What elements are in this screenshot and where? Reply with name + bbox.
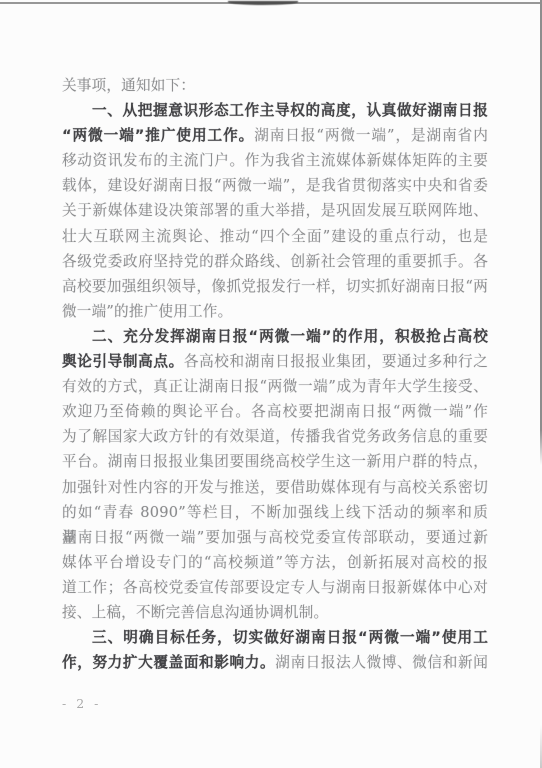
doc-line: 平台。湖南日报报业集团要围绕高校学生这一新用户群的特点，	[62, 449, 488, 474]
doc-line: 关于新媒体建设决策部署的重大举措，是巩固发展互联网阵地、	[62, 198, 488, 223]
doc-line: 作，努力扩大覆盖面和影响力。湖南日报法人微博、微信和新闻	[62, 650, 488, 675]
doc-line: 一、从把握意识形态工作主导权的高度，认真做好湖南日报	[62, 98, 488, 123]
doc-line: 关事项，通知如下：	[62, 73, 488, 98]
doc-line-bold-text: 三、明确目标任务，切实做好湖南日报“两微一端”使用工	[92, 629, 488, 646]
doc-line-bold-text: 作，努力扩大覆盖面和影响力。	[62, 654, 275, 671]
doc-line: 湖南日报“两微一端”要加强与高校党委宣传部联动，要通过新	[62, 525, 488, 550]
doc-line-text: 湖南日报“两微一端”，是湖南省内	[254, 127, 488, 144]
doc-line: 移动资讯发布的主流门户。作为我省主流媒体新媒体矩阵的主要	[62, 148, 488, 173]
doc-line-text: 壮大互联网主流舆论、推动“四个全面”建设的重点行动，也是	[62, 228, 488, 245]
doc-line: 道工作；各高校党委宣传部要设定专人与湖南日报新媒体中心对	[62, 575, 488, 600]
doc-line-text: 关事项，通知如下：	[62, 77, 195, 94]
doc-line: 媒体平台增设专门的“高校频道”等方法，创新拓展对高校的报	[62, 550, 488, 575]
doc-line: 二、充分发挥湖南日报“两微一端”的作用，积极抢占高校	[62, 324, 488, 349]
doc-line-text: 为了解国家大政方针的有效渠道，传播我省党务政务信息的重要	[62, 428, 488, 445]
doc-line: 的如“青春 8090”等栏目，不断加强线上线下活动的频率和质量；	[62, 500, 488, 525]
doc-line-text: 接、上稿，不断完善信息沟通协调机制。	[62, 604, 328, 621]
page-number: - 2 -	[62, 696, 101, 711]
doc-line: 各级党委政府坚持党的群众路线、创新社会管理的重要抓手。各	[62, 249, 488, 274]
doc-line-bold-text: 二、充分发挥湖南日报“两微一端”的作用，积极抢占高校	[92, 328, 488, 345]
doc-line-bold-text: 一、从把握意识形态工作主导权的高度，认真做好湖南日报	[92, 102, 488, 119]
doc-line: 微一端”的推广使用工作。	[62, 299, 488, 324]
doc-line-text: 高校要加强组织领导，像抓党报发行一样，切实抓好湖南日报“两	[62, 278, 488, 295]
doc-line-text: 各高校和湖南日报报业集团，要通过多种行之	[184, 353, 488, 370]
doc-line: 舆论引导制高点。各高校和湖南日报报业集团，要通过多种行之	[62, 349, 488, 374]
document-body: 关事项，通知如下： 一、从把握意识形态工作主导权的高度，认真做好湖南日报 “两微…	[62, 73, 488, 675]
doc-line: 接、上稿，不断完善信息沟通协调机制。	[62, 600, 488, 625]
doc-line-text: 媒体平台增设专门的“高校频道”等方法，创新拓展对高校的报	[62, 554, 488, 571]
doc-line-text: 平台。湖南日报报业集团要围绕高校学生这一新用户群的特点，	[62, 453, 488, 470]
doc-line-text: 湖南日报法人微博、微信和新闻	[275, 654, 488, 671]
doc-line: 有效的方式，真正让湖南日报“两微一端”成为青年大学生接受、	[62, 374, 488, 399]
doc-line-text: 载体，建设好湖南日报“两微一端”，是我省贯彻落实中央和省委	[62, 177, 488, 194]
doc-line: 载体，建设好湖南日报“两微一端”，是我省贯彻落实中央和省委	[62, 173, 488, 198]
doc-line-text: 移动资讯发布的主流门户。作为我省主流媒体新媒体矩阵的主要	[62, 152, 488, 169]
document-page: 关事项，通知如下： 一、从把握意识形态工作主导权的高度，认真做好湖南日报 “两微…	[0, 0, 542, 768]
doc-line-text: 微一端”的推广使用工作。	[62, 303, 232, 320]
doc-line: 高校要加强组织领导，像抓党报发行一样，切实抓好湖南日报“两	[62, 274, 488, 299]
doc-line: “两微一端”推广使用工作。湖南日报“两微一端”，是湖南省内	[62, 123, 488, 148]
doc-line: 加强针对性内容的开发与推送，要借助媒体现有与高校关系密切	[62, 475, 488, 500]
doc-line-text: 欢迎乃至倚赖的舆论平台。各高校要把湖南日报“两微一端”作	[62, 403, 488, 420]
doc-line-text: 道工作；各高校党委宣传部要设定专人与湖南日报新媒体中心对	[62, 579, 488, 596]
scan-edge-top-smudge	[228, 1, 298, 5]
doc-line: 为了解国家大政方针的有效渠道，传播我省党务政务信息的重要	[62, 424, 488, 449]
doc-line-text: 各级党委政府坚持党的群众路线、创新社会管理的重要抓手。各	[62, 253, 488, 270]
doc-line-text: 关于新媒体建设决策部署的重大举措，是巩固发展互联网阵地、	[62, 202, 488, 219]
doc-line-text: 有效的方式，真正让湖南日报“两微一端”成为青年大学生接受、	[62, 378, 488, 395]
doc-line-text: 加强针对性内容的开发与推送，要借助媒体现有与高校关系密切	[62, 479, 488, 496]
doc-line-text: 湖南日报“两微一端”要加强与高校党委宣传部联动，要通过新	[62, 529, 488, 546]
doc-line: 欢迎乃至倚赖的舆论平台。各高校要把湖南日报“两微一端”作	[62, 399, 488, 424]
doc-line-bold-text: 舆论引导制高点。	[62, 353, 184, 370]
doc-line: 壮大互联网主流舆论、推动“四个全面”建设的重点行动，也是	[62, 224, 488, 249]
doc-line-bold-text: “两微一端”推广使用工作。	[62, 127, 254, 144]
doc-line: 三、明确目标任务，切实做好湖南日报“两微一端”使用工	[62, 625, 488, 650]
